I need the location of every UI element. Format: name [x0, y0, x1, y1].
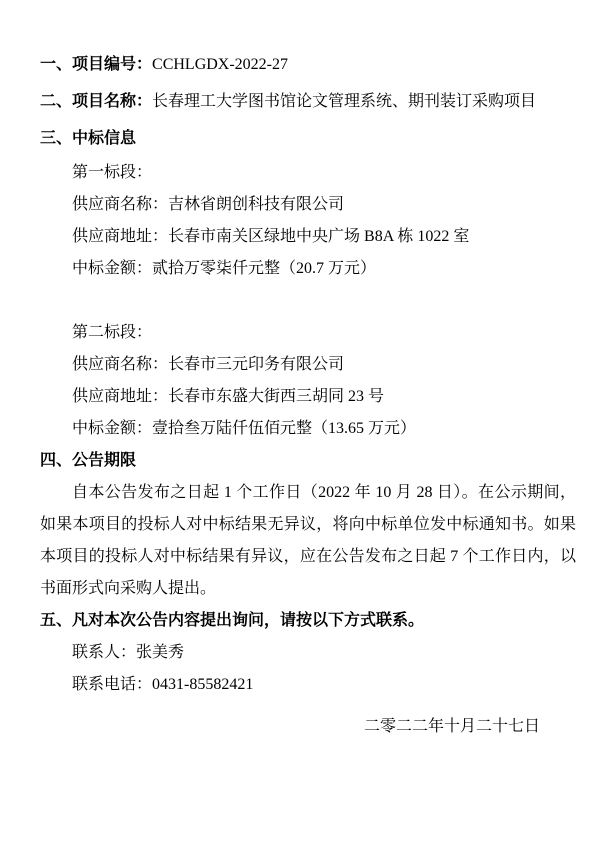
- project-name-value: 长春理工大学图书馆论文管理系统、期刊装订采购项目: [152, 93, 536, 110]
- lot2-section: 第二标段： 供应商名称：长春市三元印务有限公司 供应商地址：长春市东盛大街西三胡…: [40, 317, 576, 445]
- contact-phone-line: 联系电话：0431-85582421: [40, 669, 576, 701]
- award-info-heading: 三、中标信息: [40, 120, 576, 157]
- lot2-title: 第二标段：: [40, 317, 576, 349]
- project-name-label: 二、项目名称：: [40, 93, 152, 110]
- project-number-value: CCHLGDX-2022-27: [152, 56, 288, 73]
- lot1-supplier-name-label: 供应商名称：: [72, 196, 168, 213]
- contact-heading: 五、凡对本次公告内容提出询问，请按以下方式联系。: [40, 605, 576, 637]
- project-number-label: 一、项目编号：: [40, 56, 152, 73]
- lot1-supplier-name-line: 供应商名称：吉林省朗创科技有限公司: [40, 189, 576, 221]
- lot2-supplier-name-value: 长春市三元印务有限公司: [168, 356, 344, 373]
- lot2-supplier-address-line: 供应商地址：长春市东盛大街西三胡同 23 号: [40, 381, 576, 413]
- lot1-supplier-address-label: 供应商地址：: [72, 228, 168, 245]
- lot2-supplier-name-line: 供应商名称：长春市三元印务有限公司: [40, 349, 576, 381]
- lot1-title: 第一标段：: [40, 157, 576, 189]
- lot1-award-amount-label: 中标金额：: [72, 260, 152, 277]
- lot2-supplier-name-label: 供应商名称：: [72, 356, 168, 373]
- lot1-award-amount-line: 中标金额：贰拾万零柒仟元整（20.7 万元）: [40, 253, 576, 285]
- lot1-supplier-name-value: 吉林省朗创科技有限公司: [168, 196, 344, 213]
- lot2-supplier-address-label: 供应商地址：: [72, 388, 168, 405]
- lot2-award-amount-value: 壹拾叁万陆仟伍佰元整（13.65 万元）: [152, 420, 416, 437]
- lot2-award-amount-label: 中标金额：: [72, 420, 152, 437]
- lot1-section: 第一标段： 供应商名称：吉林省朗创科技有限公司 供应商地址：长春市南关区绿地中央…: [40, 157, 576, 285]
- notice-period-paragraph: 自本公告发布之日起 1 个工作日（2022 年 10 月 28 日）。在公示期间…: [40, 477, 576, 605]
- contact-phone-label: 联系电话：: [72, 676, 152, 693]
- document-page: 一、项目编号：CCHLGDX-2022-27 二、项目名称：长春理工大学图书馆论…: [0, 0, 614, 850]
- lot2-supplier-address-value: 长春市东盛大街西三胡同 23 号: [168, 388, 384, 405]
- contact-person-value: 张美秀: [136, 644, 184, 661]
- lot1-supplier-address-line: 供应商地址：长春市南关区绿地中央广场 B8A 栋 1022 室: [40, 221, 576, 253]
- project-name-line: 二、项目名称：长春理工大学图书馆论文管理系统、期刊装订采购项目: [40, 83, 576, 120]
- blank-line: [40, 285, 576, 317]
- contact-person-label: 联系人：: [72, 644, 136, 661]
- project-number-line: 一、项目编号：CCHLGDX-2022-27: [40, 46, 576, 83]
- lot2-award-amount-line: 中标金额：壹拾叁万陆仟伍佰元整（13.65 万元）: [40, 413, 576, 445]
- notice-period-heading: 四、公告期限: [40, 445, 576, 477]
- contact-phone-value: 0431-85582421: [152, 676, 253, 693]
- contact-person-line: 联系人：张美秀: [40, 637, 576, 669]
- lot1-supplier-address-value: 长春市南关区绿地中央广场 B8A 栋 1022 室: [168, 228, 469, 245]
- lot1-award-amount-value: 贰拾万零柒仟元整（20.7 万元）: [152, 260, 376, 277]
- document-date: 二零二二年十月二十七日: [40, 711, 576, 743]
